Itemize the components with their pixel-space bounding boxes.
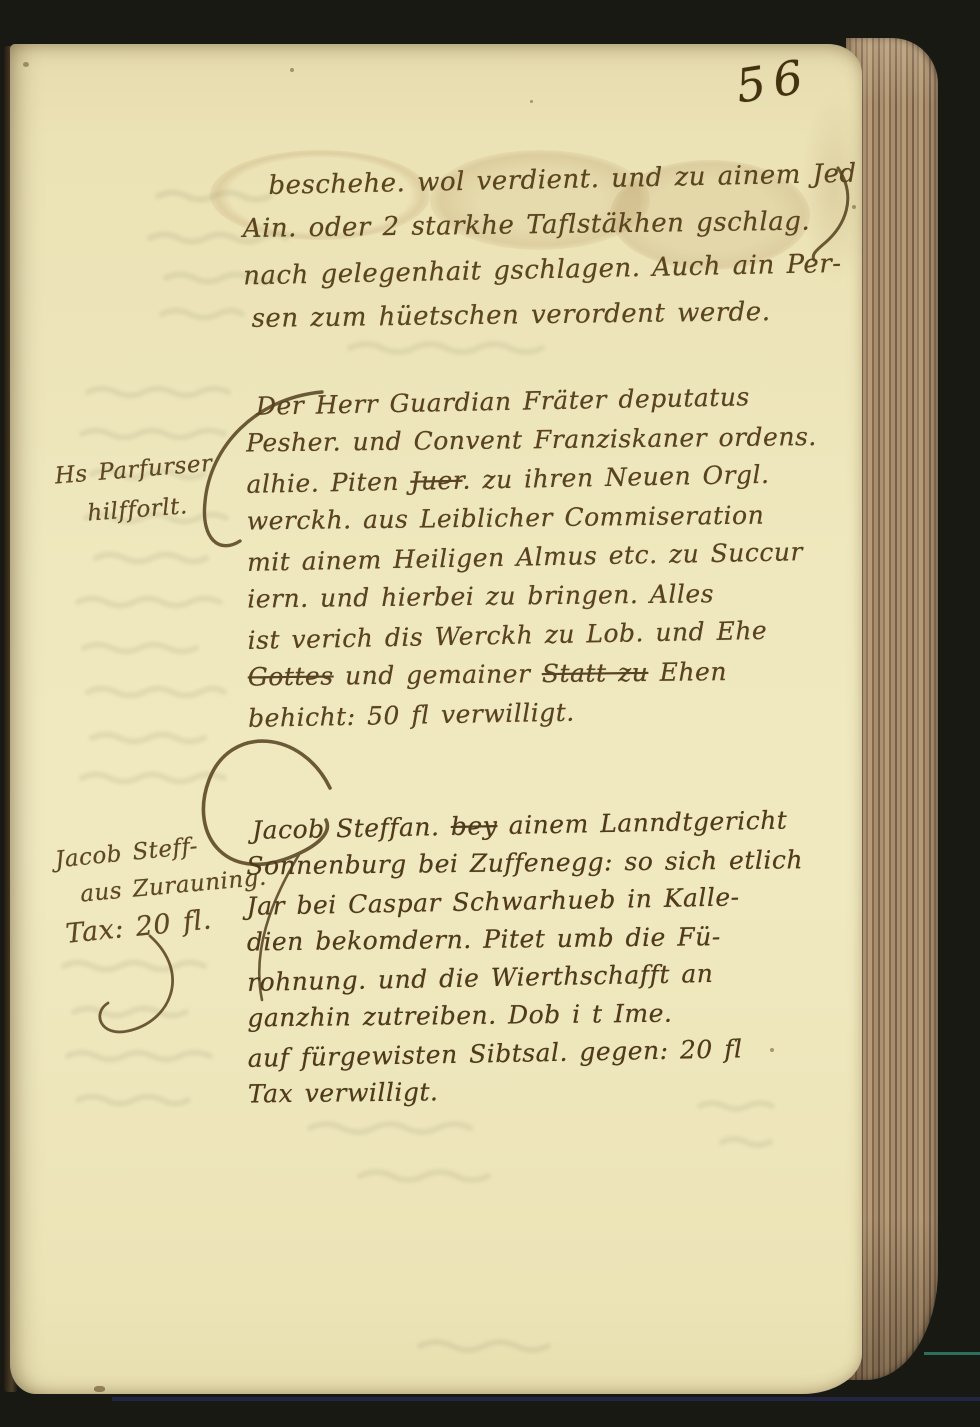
- paragraph-1: beschehe. wol verdient. und zu ainem Jed…: [242, 155, 854, 340]
- margin-note-1: Hs Parfurserhilfforlt.: [53, 445, 216, 536]
- struck-text: Juer: [410, 466, 463, 496]
- scanner-artifact-blue-line: [112, 1397, 980, 1401]
- struck-text: bey: [451, 811, 498, 841]
- struck-text: Gottes: [248, 661, 334, 691]
- handwritten-line: sen zum hüetschen verordent werde.: [251, 289, 854, 342]
- margin-note-2: Jacob Steff-aus Zurauning.Tax: 20 fl.: [54, 823, 272, 952]
- handwritten-line: Tax verwilligt.: [248, 1069, 858, 1114]
- margin-note2-flourish: [100, 936, 173, 1032]
- paragraph-2: Der Herr Guardian Fräter deputatusPesher…: [246, 379, 858, 734]
- paragraph-3: Jacob Steffan. bey ainem LanndtgerichtSo…: [246, 804, 858, 1112]
- scanner-artifact-green-line: [924, 1352, 980, 1355]
- manuscript-scan: 56 beschehe. wol verdient. und zu ainem …: [0, 0, 980, 1427]
- struck-text: Statt zu: [542, 658, 649, 688]
- page-number: 56: [732, 49, 814, 114]
